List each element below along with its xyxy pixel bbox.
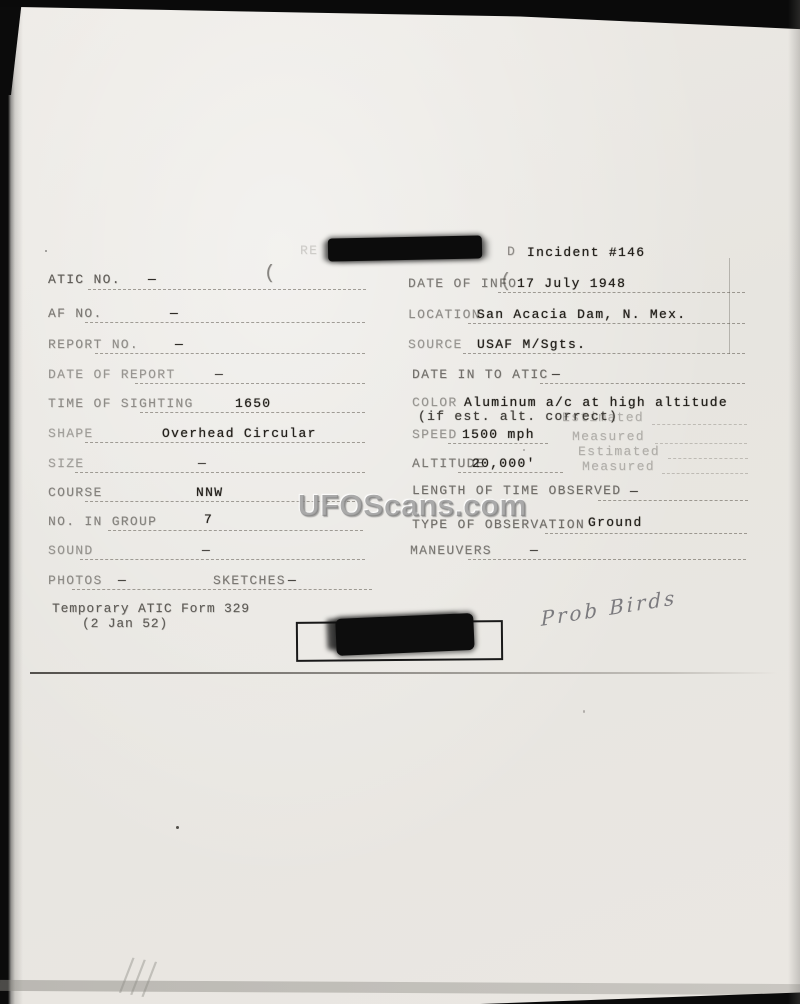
- speed-measured-underline: [655, 443, 747, 444]
- date-of-info-paren-mark: (: [500, 270, 511, 292]
- maneuvers-label: MANEUVERS: [410, 543, 492, 558]
- report-no-value: —: [175, 337, 184, 352]
- location-label: LOCATION: [408, 307, 481, 322]
- form-date: (2 Jan 52): [82, 616, 168, 631]
- shape-label: SHAPE: [48, 426, 94, 441]
- scan-edge-left: [0, 0, 24, 1004]
- incident-number: Incident #146: [527, 245, 645, 260]
- size-underline: [75, 472, 365, 473]
- altitude-estimated-label: Estimated: [578, 444, 660, 459]
- scan-edge-right: [788, 0, 800, 1004]
- altitude-measured-label: Measured: [582, 459, 655, 474]
- stamp-suffix-text: D: [507, 244, 516, 259]
- course-label: COURSE: [48, 485, 103, 500]
- color-label: COLOR: [412, 395, 458, 410]
- speed-value: 1500 mph: [462, 427, 535, 442]
- redaction-blob: [335, 613, 474, 656]
- form-right-rule: [729, 258, 730, 354]
- date-of-report-underline: [135, 383, 365, 384]
- photos-value: —: [118, 573, 127, 588]
- date-of-info-value: 17 July 1948: [517, 276, 626, 291]
- ink-speck: [176, 826, 179, 829]
- time-of-sighting-underline: [140, 412, 365, 413]
- af-no-value: —: [170, 306, 179, 321]
- date-in-to-atic-underline: [540, 383, 745, 384]
- source-value: USAF M/Sgts.: [477, 337, 586, 352]
- sketches-value: —: [288, 573, 297, 588]
- atic-no-label: ATIC NO.: [48, 272, 121, 287]
- stray-pen-marks: ///: [118, 948, 161, 1004]
- handwritten-evaluation-note: Prob Birds: [541, 585, 678, 631]
- date-in-to-atic-label: DATE IN TO ATIC: [412, 367, 549, 382]
- speed-estimated-label: Estimated: [562, 410, 644, 425]
- altitude-measured-underline: [662, 473, 748, 474]
- altitude-estimated-underline: [668, 458, 748, 459]
- time-of-sighting-label: TIME OF SIGHTING: [48, 396, 194, 411]
- date-in-to-atic-value: —: [552, 367, 561, 382]
- ink-speck: [523, 449, 525, 451]
- speed-measured-label: Measured: [572, 429, 645, 444]
- size-value: —: [198, 456, 207, 471]
- type-of-observation-underline: [545, 533, 747, 534]
- form-name: Temporary ATIC Form 329: [52, 601, 250, 616]
- length-of-time-observed-underline: [598, 500, 748, 501]
- photos-label: PHOTOS: [48, 573, 103, 588]
- atic-no-underline: [88, 289, 366, 290]
- photos-sketches-underline: [72, 589, 372, 590]
- report-no-label: REPORT NO.: [48, 337, 139, 352]
- maneuvers-value: —: [530, 543, 539, 558]
- altitude-underline: [458, 472, 563, 473]
- no-in-group-underline: [108, 530, 363, 531]
- location-underline: [468, 323, 745, 324]
- time-of-sighting-value: 1650: [235, 396, 271, 411]
- date-of-report-value: —: [215, 367, 224, 382]
- speed-estimated-underline: [652, 424, 747, 425]
- source-underline: [463, 353, 745, 354]
- atic-no-value: —: [148, 272, 157, 287]
- date-of-report-label: DATE OF REPORT: [48, 367, 175, 382]
- atic-no-paren-mark: (: [264, 262, 275, 284]
- af-no-underline: [85, 322, 365, 323]
- ink-speck: [45, 250, 47, 252]
- ink-speck: [583, 710, 585, 713]
- sound-label: SOUND: [48, 543, 94, 558]
- color-value: Aluminum a/c at high altitude: [464, 395, 728, 410]
- redaction-bar: [328, 235, 482, 261]
- location-value: San Acacia Dam, N. Mex.: [477, 307, 686, 322]
- no-in-group-label: NO. IN GROUP: [48, 514, 157, 529]
- length-of-time-observed-value: —: [630, 484, 639, 499]
- stamp-prefix-text: RE: [300, 243, 318, 258]
- type-of-observation-value: Ground: [588, 515, 643, 530]
- sound-underline: [80, 559, 365, 560]
- size-label: SIZE: [48, 456, 84, 471]
- redaction-box: [296, 620, 503, 662]
- report-no-underline: [95, 353, 365, 354]
- altitude-value: 20,000': [472, 456, 536, 471]
- sketches-label: SKETCHES: [213, 573, 286, 588]
- form-bottom-rule: [30, 672, 778, 674]
- speed-label: SPEED: [412, 427, 458, 442]
- scan-edge-top: [0, 0, 800, 30]
- sound-value: —: [202, 543, 211, 558]
- speed-underline: [448, 443, 548, 444]
- af-no-label: AF NO.: [48, 306, 103, 321]
- shape-underline: [85, 442, 365, 443]
- maneuvers-underline: [468, 559, 746, 560]
- date-of-info-underline: [498, 292, 745, 293]
- scanned-document-page: RE D Incident #146 ATIC NO. — ( AF NO. —…: [0, 0, 800, 1004]
- watermark: UFOScans.com: [298, 488, 527, 524]
- no-in-group-value: 7: [204, 512, 213, 527]
- course-value: NNW: [196, 485, 223, 500]
- shape-value: Overhead Circular: [162, 426, 317, 441]
- source-label: SOURCE: [408, 337, 463, 352]
